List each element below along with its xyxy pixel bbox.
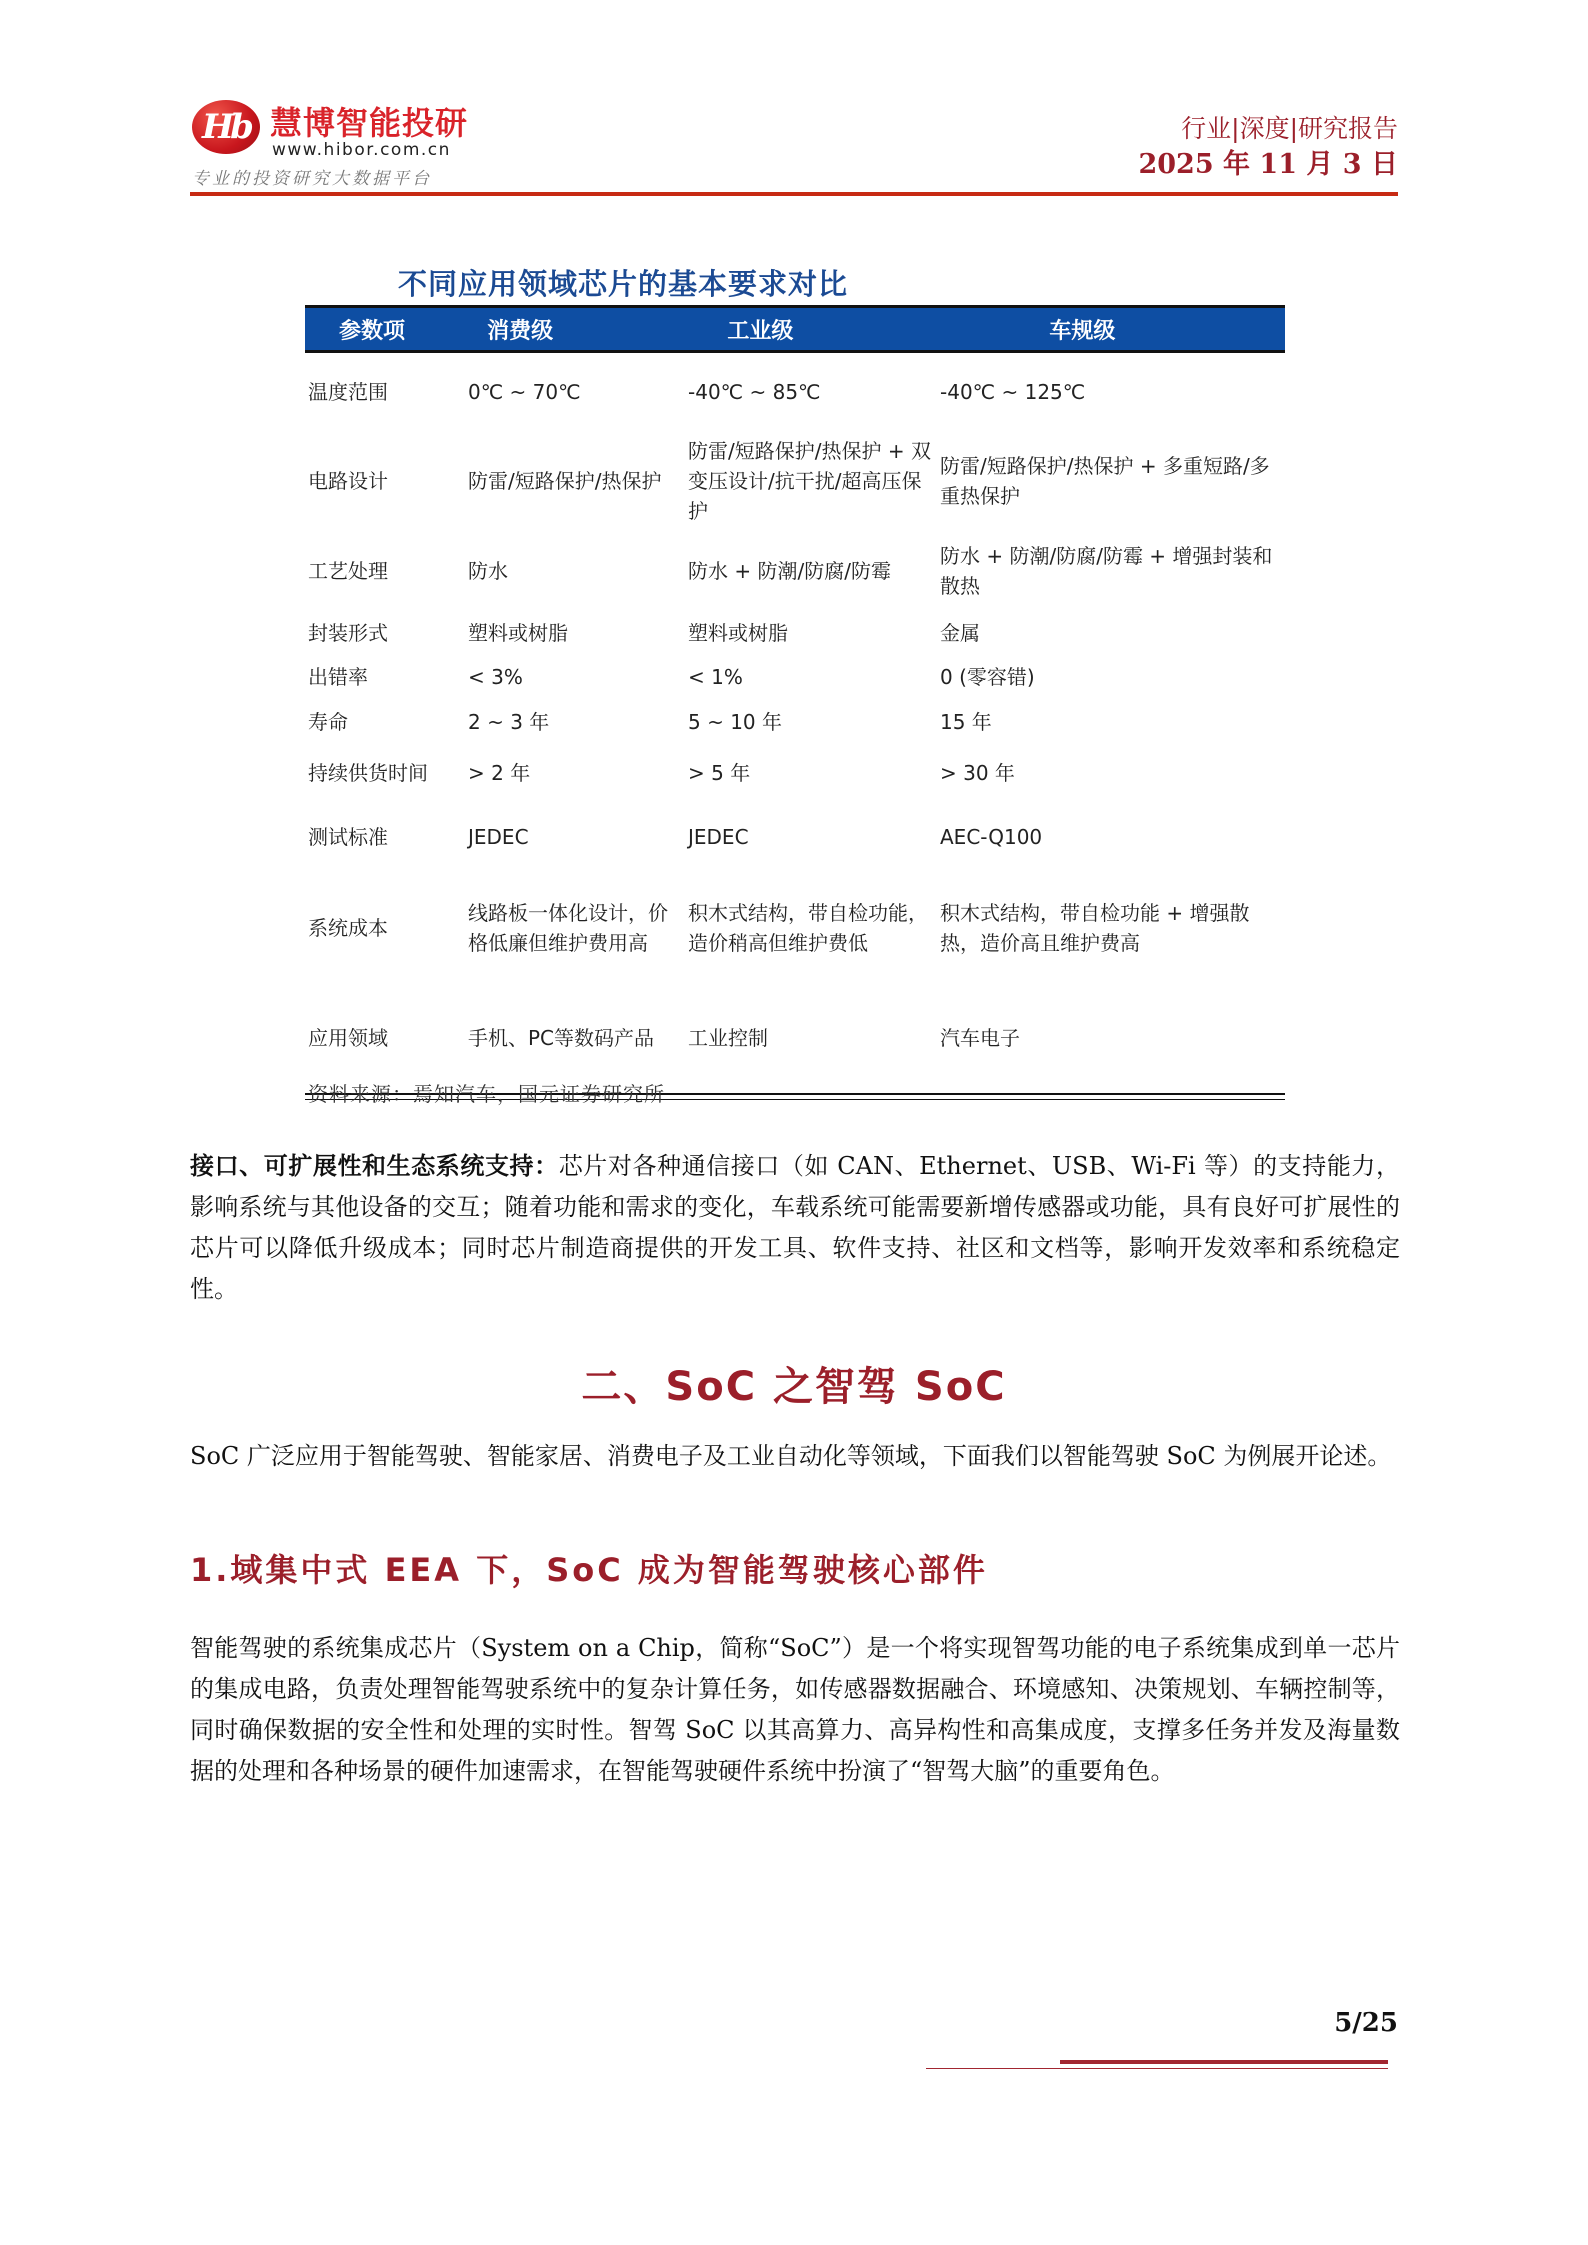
footer-rule-thick [1060, 2060, 1388, 2064]
table-row: 工艺处理 防水 防水 + 防潮/防腐/防霉 防水 + 防潮/防腐/防霉 + 增强… [305, 531, 1285, 611]
cell-consumer: 防水 [468, 556, 688, 586]
cell-param: 测试标准 [305, 822, 468, 852]
cell-industrial: 积木式结构，带自检功能，造价稍高但维护费低 [688, 898, 940, 958]
table-row: 封装形式 塑料或树脂 塑料或树脂 金属 [305, 611, 1285, 655]
cell-automotive: 防水 + 防潮/防腐/防霉 + 增强封装和散热 [940, 541, 1285, 601]
logo-badge-icon: Hb [192, 100, 260, 154]
cell-industrial: 防雷/短路保护/热保护 + 双变压设计/抗干扰/超高压保护 [688, 436, 940, 526]
cell-consumer: JEDEC [468, 822, 688, 852]
table-row: 持续供货时间 > 2 年 > 5 年 > 30 年 [305, 745, 1285, 801]
table-row: 电路设计 防雷/短路保护/热保护 防雷/短路保护/热保护 + 双变压设计/抗干扰… [305, 431, 1285, 531]
logo-name: 慧博智能投研 [270, 98, 468, 144]
cell-consumer: 塑料或树脂 [468, 618, 688, 648]
header-divider [190, 192, 1398, 196]
cell-param: 工艺处理 [305, 556, 468, 586]
logo-slogan: 专业的投资研究大数据平台 [192, 164, 432, 189]
cell-consumer: 线路板一体化设计，价格低廉但维护费用高 [468, 898, 688, 958]
col-header-industrial: 工业级 [637, 314, 899, 345]
table-row: 温度范围 0℃ ~ 70℃ -40℃ ~ 85℃ -40℃ ~ 125℃ [305, 353, 1285, 431]
footer-rule-thin [926, 2068, 1388, 2069]
table-row: 应用领域 手机、PC等数码产品 工业控制 汽车电子 [305, 983, 1285, 1093]
cell-consumer: 防雷/短路保护/热保护 [468, 466, 688, 496]
cell-consumer: 0℃ ~ 70℃ [468, 377, 688, 407]
figure-source: 资料来源：焉知汽车，国元证券研究所 [308, 1078, 665, 1107]
cell-consumer: > 2 年 [468, 758, 688, 788]
table-row: 寿命 2 ~ 3 年 5 ~ 10 年 15 年 [305, 699, 1285, 745]
subsection-heading: 1.域集中式 EEA 下，SoC 成为智能驾驶核心部件 [190, 1545, 988, 1591]
paragraph-soc-intro: SoC 广泛应用于智能驾驶、智能家居、消费电子及工业自动化等领域，下面我们以智能… [190, 1436, 1400, 1477]
cell-industrial: 塑料或树脂 [688, 618, 940, 648]
header-meta: 行业|深度|研究报告 2025 年 11 月 3 日 [1138, 112, 1398, 184]
paragraph-soc-definition: 智能驾驶的系统集成芯片（System on a Chip，简称“SoC”）是一个… [190, 1628, 1400, 1792]
comparison-table: 参数项 消费级 工业级 车规级 温度范围 0℃ ~ 70℃ -40℃ ~ 85℃… [305, 305, 1285, 1100]
cell-industrial: 防水 + 防潮/防腐/防霉 [688, 556, 940, 586]
section-heading: 二、SoC 之智驾 SoC [0, 1355, 1588, 1412]
cell-automotive: 金属 [940, 618, 1285, 648]
logo-url: www.hibor.com.cn [272, 140, 451, 160]
report-type: 行业|深度|研究报告 [1138, 112, 1398, 146]
figure-title: 不同应用领域芯片的基本要求对比 [398, 262, 848, 303]
cell-automotive: 15 年 [940, 707, 1285, 737]
hibor-logo: Hb 慧博智能投研 www.hibor.com.cn 专业的投资研究大数据平台 [192, 96, 482, 196]
page-number: 5/25 [1334, 2008, 1398, 2038]
paragraph-lead: 接口、可扩展性和生态系统支持： [190, 1152, 559, 1180]
cell-automotive: 防雷/短路保护/热保护 + 多重短路/多重热保护 [940, 451, 1285, 511]
cell-param: 系统成本 [305, 913, 468, 943]
cell-industrial: 5 ~ 10 年 [688, 707, 940, 737]
table-row: 出错率 < 3% < 1% 0 (零容错) [305, 655, 1285, 699]
cell-param: 持续供货时间 [305, 758, 468, 788]
cell-param: 应用领域 [305, 1023, 468, 1053]
col-header-consumer: 消费级 [427, 314, 637, 345]
cell-industrial: 工业控制 [688, 1023, 940, 1053]
cell-consumer: 2 ~ 3 年 [468, 707, 688, 737]
col-header-automotive: 车规级 [899, 314, 1285, 345]
cell-consumer: < 3% [468, 662, 688, 692]
cell-automotive: AEC-Q100 [940, 822, 1285, 852]
cell-param: 封装形式 [305, 618, 468, 648]
table-row: 测试标准 JEDEC JEDEC AEC-Q100 [305, 801, 1285, 873]
cell-param: 温度范围 [305, 377, 468, 407]
cell-automotive: > 30 年 [940, 758, 1285, 788]
cell-industrial: JEDEC [688, 822, 940, 852]
cell-industrial: -40℃ ~ 85℃ [688, 377, 940, 407]
cell-param: 出错率 [305, 662, 468, 692]
cell-automotive: 积木式结构，带自检功能 + 增强散热，造价高且维护费高 [940, 898, 1285, 958]
cell-param: 电路设计 [305, 466, 468, 496]
col-header-param: 参数项 [305, 314, 427, 345]
report-date: 2025 年 11 月 3 日 [1138, 146, 1398, 184]
cell-industrial: < 1% [688, 662, 940, 692]
cell-automotive: -40℃ ~ 125℃ [940, 377, 1285, 407]
table-header: 参数项 消费级 工业级 车规级 [305, 305, 1285, 353]
table-row: 系统成本 线路板一体化设计，价格低廉但维护费用高 积木式结构，带自检功能，造价稍… [305, 873, 1285, 983]
cell-automotive: 汽车电子 [940, 1023, 1285, 1053]
cell-automotive: 0 (零容错) [940, 662, 1285, 692]
cell-consumer: 手机、PC等数码产品 [468, 1023, 688, 1053]
paragraph-interface: 接口、可扩展性和生态系统支持：芯片对各种通信接口（如 CAN、Ethernet、… [190, 1146, 1400, 1310]
cell-param: 寿命 [305, 707, 468, 737]
cell-industrial: > 5 年 [688, 758, 940, 788]
